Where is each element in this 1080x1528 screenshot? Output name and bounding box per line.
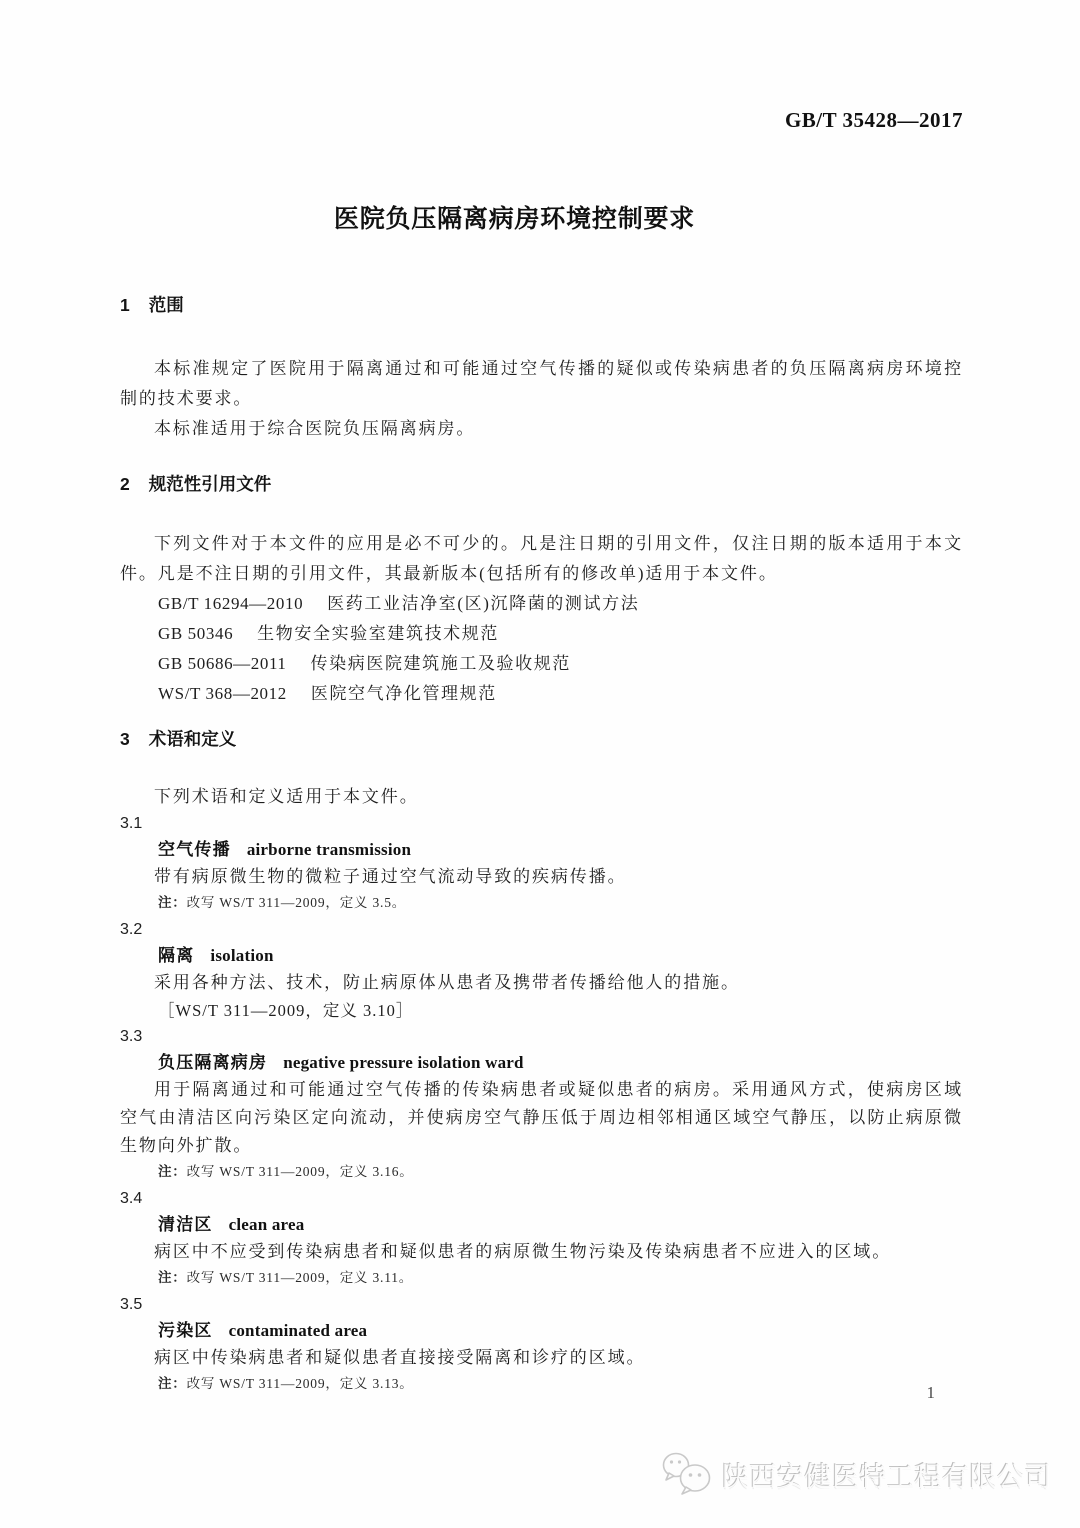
term-name-cn: 负压隔离病房 xyxy=(158,1053,267,1072)
term-definition: 病区中不应受到传染病患者和疑似患者的病原微生物污染及传染病患者不应进入的区域。 xyxy=(120,1238,963,1266)
document-title: 医院负压隔离病房环境控制要求 xyxy=(93,199,936,235)
term-definition: 带有病原微生物的微粒子通过空气流动导致的疾病传播。 xyxy=(120,863,963,891)
reference-title: 生物安全实验室建筑技术规范 xyxy=(257,624,499,643)
term-block: 3.2 隔离isolation 采用各种方法、技术，防止病原体从患者及携带者传播… xyxy=(120,918,963,1025)
reference-title: 传染病医院建筑施工及验收规范 xyxy=(311,654,571,673)
section-scope-heading: 1范围 xyxy=(120,293,963,318)
term-name-en: isolation xyxy=(210,946,273,965)
term-note: 注：改写 WS/T 311—2009，定义 3.11。 xyxy=(120,1268,963,1288)
term-heading: 污染区contaminated area xyxy=(120,1317,963,1344)
reference-code: GB 50686—2011 xyxy=(158,654,287,673)
note-text: 改写 WS/T 311—2009，定义 3.5。 xyxy=(187,895,406,910)
term-block: 3.1 空气传播airborne transmission 带有病原微生物的微粒… xyxy=(120,812,963,913)
section-terms-definitions-heading: 3术语和定义 xyxy=(120,727,963,752)
scope-paragraph-2: 本标准适用于综合医院负压隔离病房。 xyxy=(120,414,963,444)
reference-item: GB/T 16294—2010医药工业洁净室(区)沉降菌的测试方法 xyxy=(120,589,963,619)
term-number: 3.4 xyxy=(120,1187,963,1211)
term-name-en: negative pressure isolation ward xyxy=(283,1053,523,1072)
reference-code: GB/T 16294—2010 xyxy=(158,594,303,613)
term-definition: 病区中传染病患者和疑似患者直接接受隔离和诊疗的区域。 xyxy=(120,1344,963,1372)
term-name-en: clean area xyxy=(229,1215,305,1234)
section-heading-label: 术语和定义 xyxy=(149,729,237,749)
terms-intro: 下列术语和定义适用于本文件。 xyxy=(120,782,963,812)
reference-title: 医药工业洁净室(区)沉降菌的测试方法 xyxy=(327,594,639,613)
note-text: 改写 WS/T 311—2009，定义 3.11。 xyxy=(187,1270,414,1285)
term-number: 3.1 xyxy=(120,812,963,836)
document-page: GB/T 35428—2017 医院负压隔离病房环境控制要求 1范围 本标准规定… xyxy=(0,0,1080,1528)
watermark-company: 陕西安健医特工程有限公司 xyxy=(722,1455,1052,1494)
term-number: 3.5 xyxy=(120,1293,963,1317)
term-number: 3.3 xyxy=(120,1025,963,1049)
section-normative-references-heading: 2规范性引用文件 xyxy=(120,472,963,497)
term-heading: 空气传播airborne transmission xyxy=(120,836,963,863)
term-heading: 清洁区clean area xyxy=(120,1211,963,1238)
scope-paragraph-1: 本标准规定了医院用于隔离通过和可能通过空气传播的疑似或传染病患者的负压隔离病房环… xyxy=(120,354,963,414)
term-definition: 采用各种方法、技术，防止病原体从患者及携带者传播给他人的措施。 xyxy=(120,969,963,997)
section-number: 3 xyxy=(120,729,130,749)
note-label: 注： xyxy=(158,895,187,910)
term-definition: 用于隔离通过和可能通过空气传播的传染病患者或疑似患者的病房。采用通风方式，使病房… xyxy=(120,1076,963,1160)
note-label: 注： xyxy=(158,1376,187,1391)
term-heading: 负压隔离病房negative pressure isolation ward xyxy=(120,1049,963,1076)
standard-number: GB/T 35428—2017 xyxy=(120,0,963,133)
note-text: 改写 WS/T 311—2009，定义 3.16。 xyxy=(187,1164,414,1179)
term-name-cn: 污染区 xyxy=(158,1321,213,1340)
normative-references-paragraph: 下列文件对于本文件的应用是必不可少的。凡是注日期的引用文件，仅注日期的版本适用于… xyxy=(120,529,963,589)
section-heading-label: 范围 xyxy=(149,295,184,315)
term-number: 3.2 xyxy=(120,918,963,942)
note-label: 注： xyxy=(158,1164,187,1179)
term-name-cn: 空气传播 xyxy=(158,840,231,859)
note-label: 注： xyxy=(158,1270,187,1285)
term-note: 注：改写 WS/T 311—2009，定义 3.16。 xyxy=(120,1162,963,1182)
note-text: 改写 WS/T 311—2009，定义 3.13。 xyxy=(187,1376,414,1391)
reference-code: GB 50346 xyxy=(158,624,233,643)
term-name-en: airborne transmission xyxy=(247,840,411,859)
term-name-cn: 清洁区 xyxy=(158,1215,213,1234)
section-number: 1 xyxy=(120,295,130,315)
term-heading: 隔离isolation xyxy=(120,942,963,969)
term-block: 3.3 负压隔离病房negative pressure isolation wa… xyxy=(120,1025,963,1182)
section-heading-label: 规范性引用文件 xyxy=(149,474,272,494)
term-name-cn: 隔离 xyxy=(158,946,194,965)
term-source: ［WS/T 311—2009，定义 3.10］ xyxy=(120,997,963,1025)
term-note: 注：改写 WS/T 311—2009，定义 3.13。 xyxy=(120,1374,963,1394)
reference-title: 医院空气净化管理规范 xyxy=(311,684,497,703)
watermark: 陕西安健医特工程有限公司 xyxy=(659,1450,1052,1498)
term-block: 3.4 清洁区clean area 病区中不应受到传染病患者和疑似患者的病原微生… xyxy=(120,1187,963,1288)
term-block: 3.5 污染区contaminated area 病区中传染病患者和疑似患者直接… xyxy=(120,1293,963,1394)
reference-code: WS/T 368—2012 xyxy=(158,684,287,703)
references-list: GB/T 16294—2010医药工业洁净室(区)沉降菌的测试方法 GB 503… xyxy=(120,589,963,709)
term-name-en: contaminated area xyxy=(229,1321,368,1340)
page-content: GB/T 35428—2017 医院负压隔离病房环境控制要求 1范围 本标准规定… xyxy=(0,0,1080,1394)
section-number: 2 xyxy=(120,474,130,494)
reference-item: GB 50686—2011传染病医院建筑施工及验收规范 xyxy=(120,649,963,679)
wechat-logo-icon xyxy=(659,1450,715,1498)
term-note: 注：改写 WS/T 311—2009，定义 3.5。 xyxy=(120,893,963,913)
page-number: 1 xyxy=(927,1383,936,1403)
reference-item: WS/T 368—2012医院空气净化管理规范 xyxy=(120,679,963,709)
reference-item: GB 50346生物安全实验室建筑技术规范 xyxy=(120,619,963,649)
